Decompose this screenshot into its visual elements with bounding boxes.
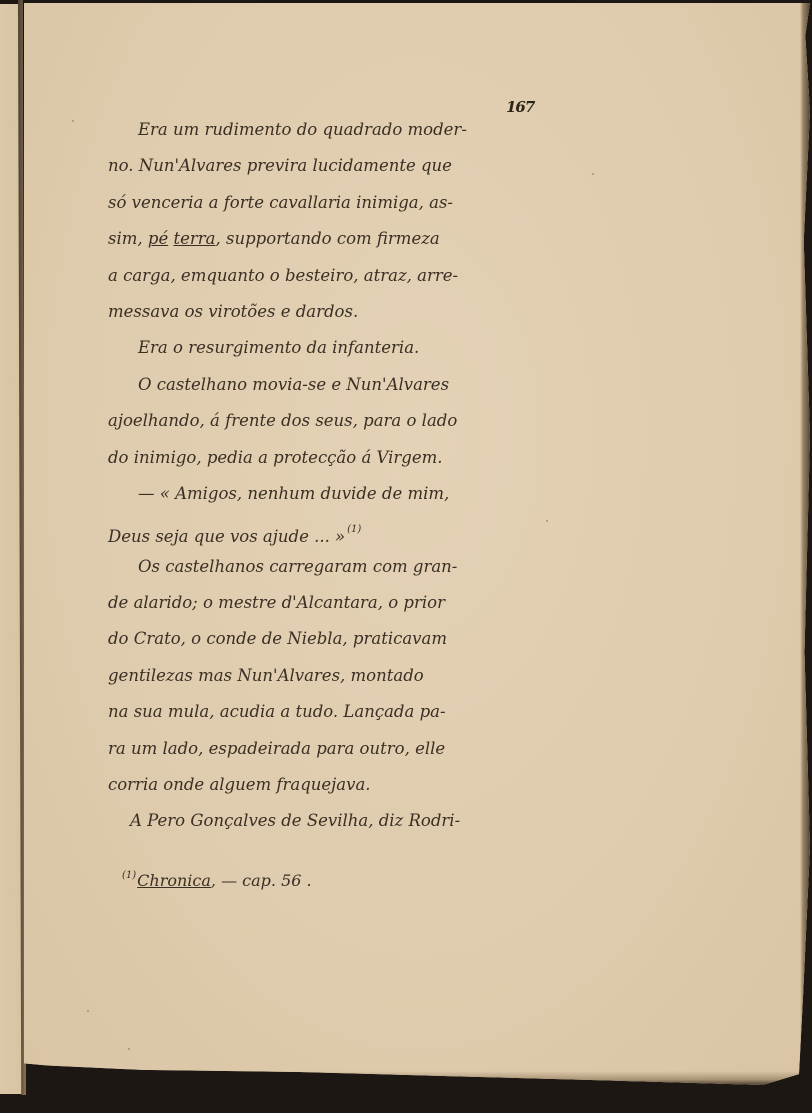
- text-line-2: no. Nun'Alvares previra lucidamente que: [108, 148, 556, 184]
- text-line-5: a carga, emquanto o besteiro, atraz, arr…: [108, 258, 556, 294]
- footnote-reference: (1): [347, 524, 361, 535]
- text-line-7: Era o resurgimento da infanteria.: [108, 330, 556, 366]
- paper-speck: [592, 173, 594, 175]
- paper-speck: [546, 520, 548, 522]
- text-line-10: do inimigo, pedia a protecção á Virgem.: [108, 440, 556, 476]
- text-line-4: sim, pé terra, supportando com firmeza: [108, 221, 556, 257]
- text-line-16: gentilezas mas Nun'Alvares, montado: [108, 658, 556, 694]
- text-line-15: do Crato, o conde de Niebla, praticavam: [108, 621, 556, 657]
- text-line-14: de alarido; o mestre d'Alcantara, o prio…: [108, 585, 556, 621]
- paper-speck: [72, 120, 74, 122]
- text-line-17: na sua mula, acudia a tudo. Lançada pa-: [108, 694, 556, 730]
- footnote-citation: , — cap. 56 .: [211, 871, 312, 890]
- footnote-marker: (1): [122, 870, 136, 881]
- text-line-13: Os castelhanos carregaram com gran-: [108, 549, 556, 585]
- manuscript-scan: 167 Era um rudimento do quadrado moder- …: [0, 0, 812, 1113]
- text-line-1: Era um rudimento do quadrado moder-: [108, 112, 556, 148]
- manuscript-text: Era um rudimento do quadrado moder- no. …: [108, 112, 556, 840]
- page-edge-right: [800, 3, 810, 1088]
- footnote-source: Chronica: [137, 871, 211, 890]
- text-line-6: messava os virotões e dardos.: [108, 294, 556, 330]
- text-line-12: Deus seja que vos ajude ... »(1): [108, 512, 556, 548]
- text-line-18: ra um lado, espadeirada para outro, elle: [108, 731, 556, 767]
- text-segment: , supportando com firmeza: [215, 229, 439, 248]
- underlined-word-pe: pé: [148, 229, 168, 248]
- text-line-20: A Pero Gonçalves de Sevilha, diz Rodri-: [108, 803, 556, 839]
- page-edge-bottom: [24, 1071, 810, 1085]
- text-segment: Deus seja que vos ajude ... »: [108, 527, 345, 546]
- text-line-3: só venceria a forte cavallaria inimiga, …: [108, 185, 556, 221]
- footnote: (1)Chronica, — cap. 56 .: [122, 870, 312, 890]
- text-line-19: corria onde alguem fraquejava.: [108, 767, 556, 803]
- underlined-word-terra: terra: [173, 229, 215, 248]
- paper-speck: [87, 1010, 89, 1012]
- paper-speck: [128, 1048, 130, 1050]
- text-segment: sim,: [108, 229, 148, 248]
- text-line-9: ajoelhando, á frente dos seus, para o la…: [108, 403, 556, 439]
- text-line-11: — « Amigos, nenhum duvide de mim,: [108, 476, 556, 512]
- text-line-8: O castelhano movia-se e Nun'Alvares: [108, 367, 556, 403]
